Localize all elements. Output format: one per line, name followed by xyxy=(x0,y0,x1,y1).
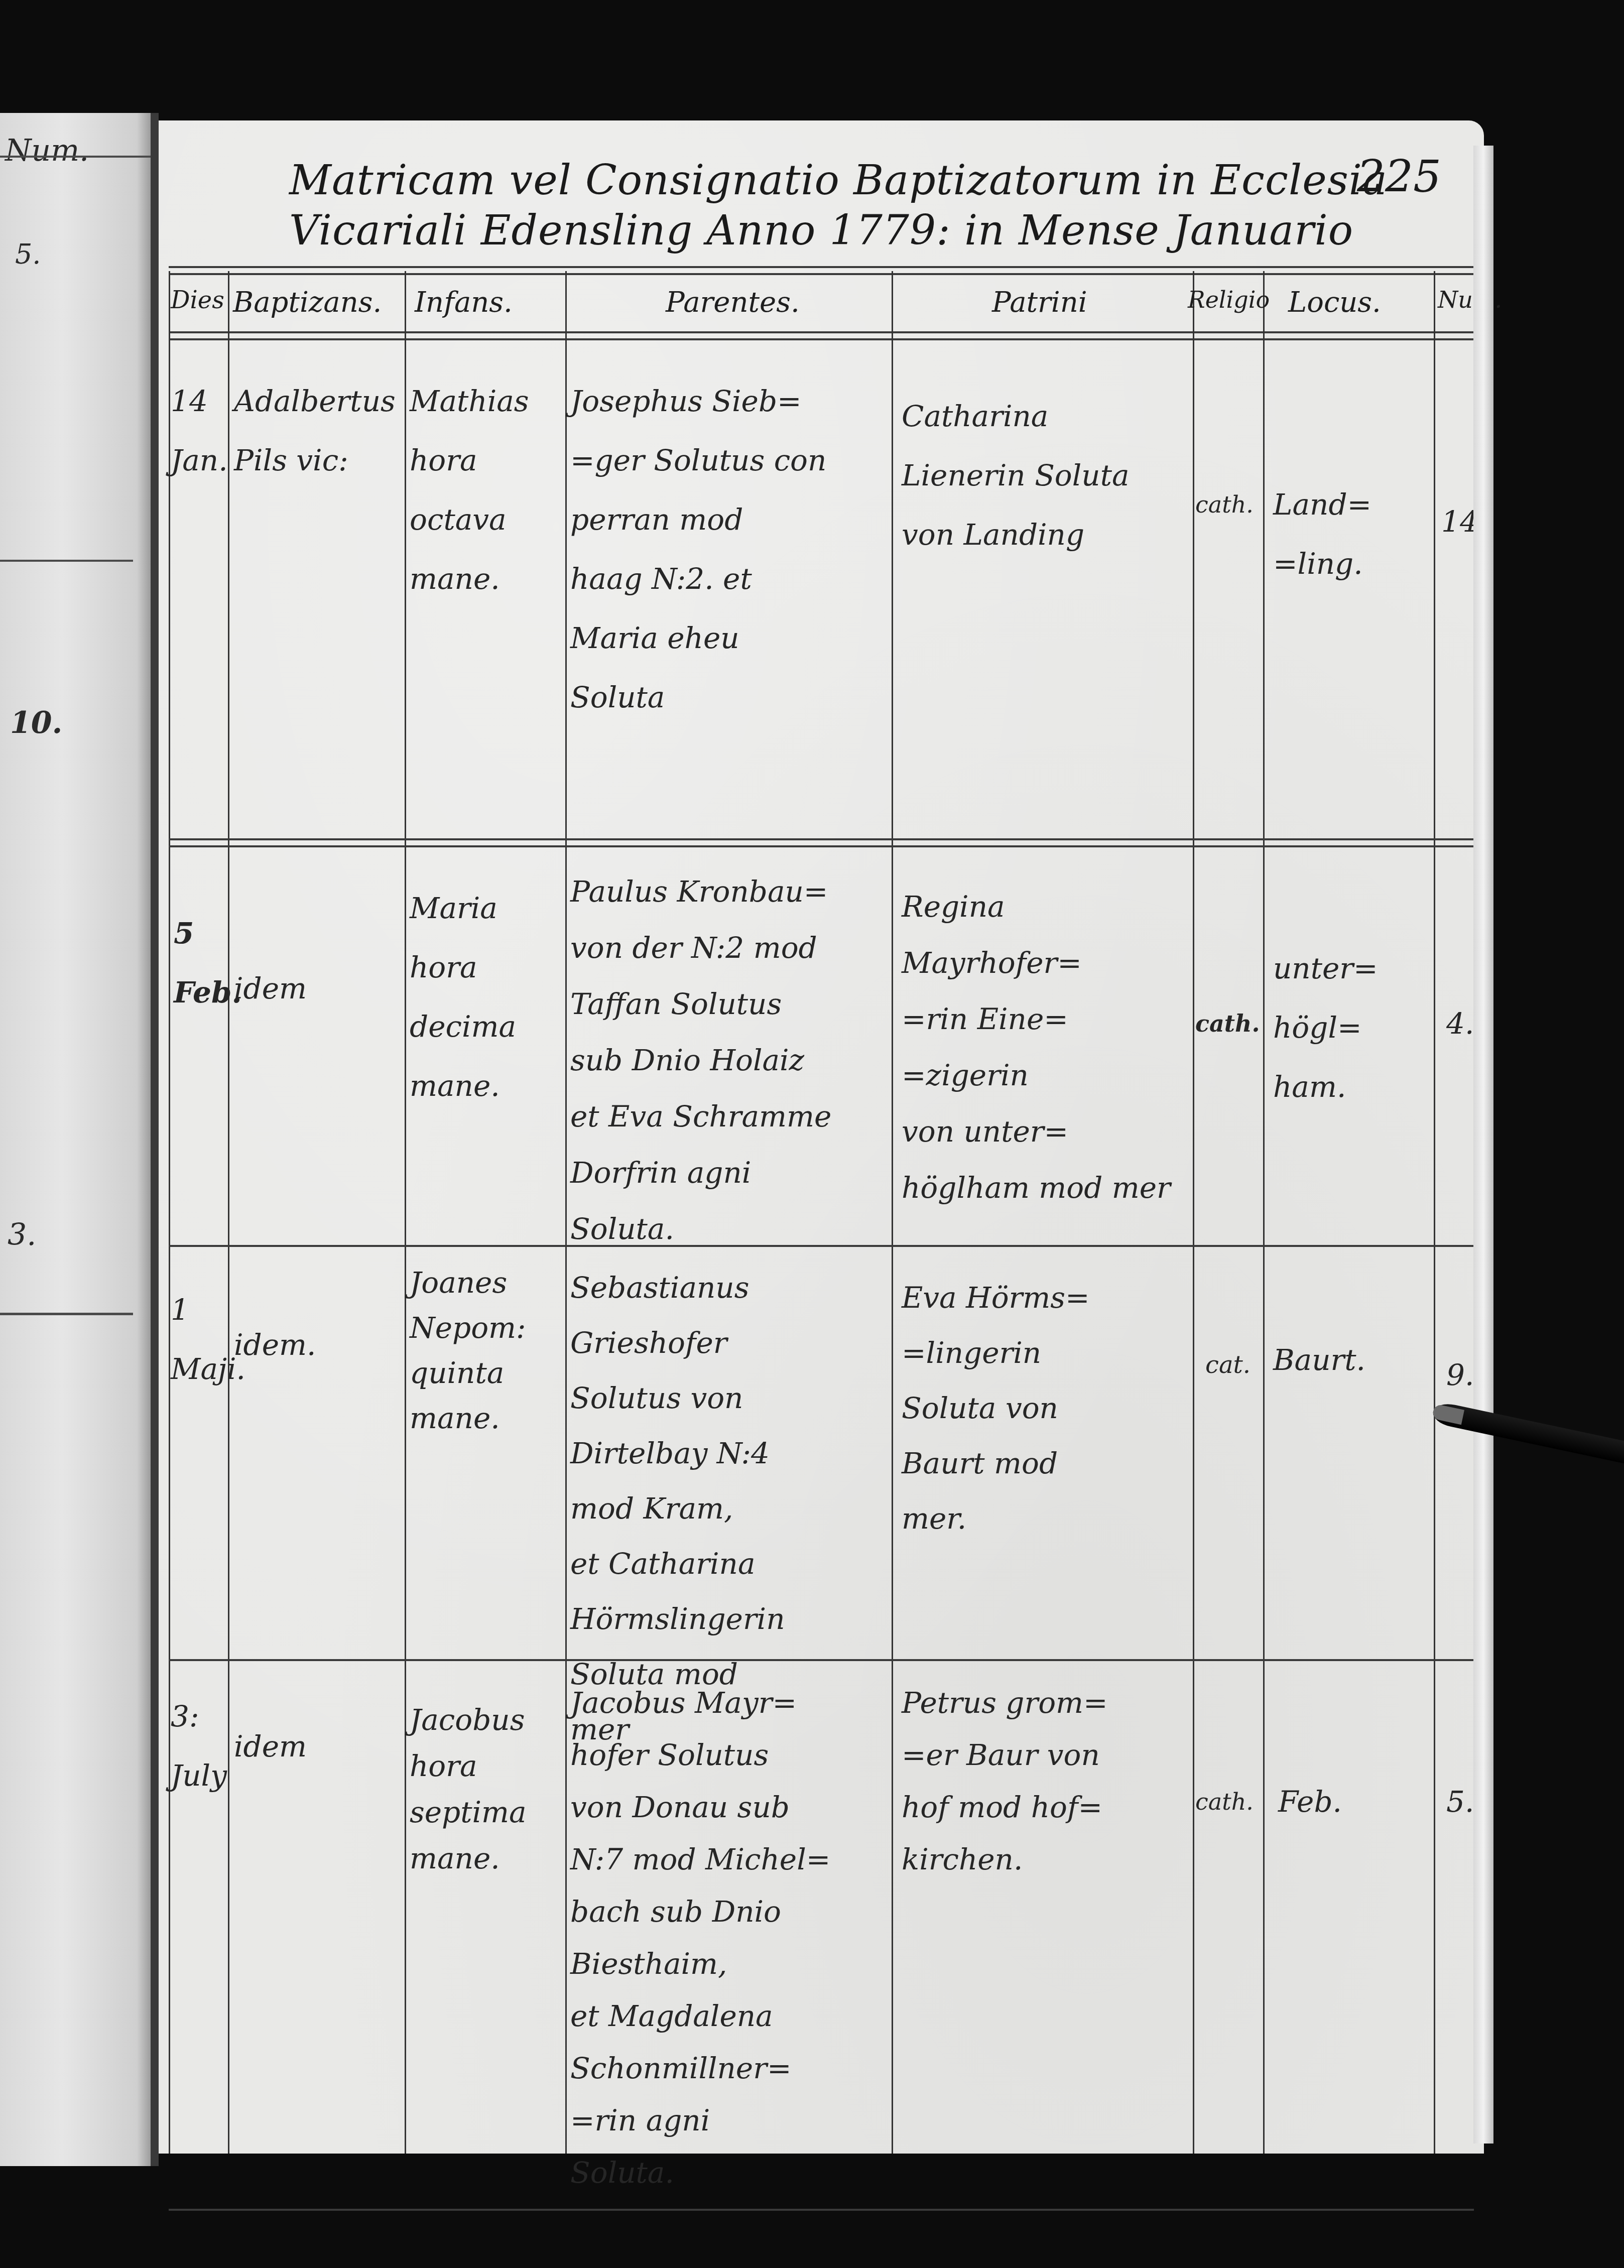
entry-numerus: 9. xyxy=(1446,1345,1474,1405)
entry-dies: 3: July xyxy=(171,1687,227,1805)
entry-infans: Jacobus hora septima mane. xyxy=(410,1697,527,1881)
header-bottom-rule xyxy=(169,331,1474,333)
entry-separator-rule xyxy=(169,1659,1474,1661)
entry-patrini: Petrus grom= =er Baur von hof mod hof= k… xyxy=(902,1677,1108,1885)
entry-numerus: 5. xyxy=(1446,1772,1474,1831)
entry-baptizans: idem. xyxy=(234,1315,316,1374)
entry-patrini: Catharina Lienerin Soluta von Landing xyxy=(902,387,1130,564)
entry-baptizans: Adalbertus Pils vic: xyxy=(234,371,396,490)
column-header-religio: Religio xyxy=(1188,286,1270,313)
entry-separator-rule xyxy=(169,2209,1474,2211)
register-entry: 5 Feb. idem Maria hora decima mane. Paul… xyxy=(169,863,1474,1265)
entry-dies: 5 Feb. xyxy=(174,904,242,1022)
entry-locus: Feb. xyxy=(1278,1772,1342,1831)
entry-parentes: Jacobus Mayr= hofer Solutus von Donau su… xyxy=(570,1677,830,2199)
entry-separator-rule xyxy=(169,1245,1474,1247)
book-gutter xyxy=(151,113,159,2166)
entry-infans: Joanes Nepom: quinta mane. xyxy=(410,1260,526,1441)
previous-page-rule-2 xyxy=(0,1313,133,1315)
column-header-locus: Locus. xyxy=(1288,286,1381,319)
entry-baptizans: idem xyxy=(234,959,307,1018)
entry-religio: cath. xyxy=(1195,475,1254,534)
entry-religio: cat. xyxy=(1205,1335,1251,1395)
entry-locus: Land= =ling. xyxy=(1273,475,1371,593)
register-entry: 14 Jan. Adalbertus Pils vic: Mathias hor… xyxy=(169,356,1474,808)
page-title-line-2: Vicariali Edensling Anno 1779: in Mense … xyxy=(289,206,1444,256)
header-top-rule xyxy=(169,266,1474,268)
previous-page-number-2: 10. xyxy=(10,705,62,740)
entry-infans: Mathias hora octava mane. xyxy=(410,371,529,608)
register-page: Matricam vel Consignatio Baptizatorum in… xyxy=(159,120,1484,2154)
entry-religio: cath. xyxy=(1195,1772,1254,1831)
entry-baptizans: idem xyxy=(234,1717,307,1776)
previous-page-header-rule xyxy=(0,156,151,158)
previous-page-number-1: 5. xyxy=(15,238,41,270)
previous-page-number-3: 3. xyxy=(8,1217,36,1252)
column-header-parentes: Parentes. xyxy=(666,286,800,319)
entry-patrini: Eva Hörms= =lingerin Soluta von Baurt mo… xyxy=(902,1270,1090,1546)
entry-locus: unter= högl= ham. xyxy=(1273,939,1378,1116)
column-header-dies: Dies xyxy=(171,286,224,314)
column-header-patrini: Patrini xyxy=(992,286,1087,319)
page-edge xyxy=(1473,146,1493,2144)
entry-separator-rule xyxy=(169,838,1474,840)
column-header-infans: Infans. xyxy=(415,286,513,319)
previous-page-rule xyxy=(0,560,133,562)
register-entry: 3: July idem Jacobus hora septima mane. … xyxy=(169,1677,1474,2229)
column-header-baptizans: Baptizans. xyxy=(233,286,382,319)
entry-infans: Maria hora decima mane. xyxy=(410,878,516,1115)
previous-page-strip: Num. 5. 10. 3. xyxy=(0,113,156,2166)
previous-page-header: Num. xyxy=(5,133,89,168)
page-title-line-1: Matricam vel Consignatio Baptizatorum in… xyxy=(289,156,1444,206)
entry-patrini: Regina Mayrhofer= =rin Eine= =zigerin vo… xyxy=(902,878,1171,1216)
entry-religio: cath. xyxy=(1195,994,1260,1053)
entry-parentes: Josephus Sieb= =ger Solutus con perran m… xyxy=(570,371,826,727)
baptism-register-table: Dies Baptizans. Infans. Parentes. Patrin… xyxy=(169,266,1474,2154)
entry-locus: Baurt. xyxy=(1273,1330,1365,1390)
page-title: Matricam vel Consignatio Baptizatorum in… xyxy=(289,156,1444,256)
entry-parentes: Paulus Kronbau= von der N:2 mod Taffan S… xyxy=(570,863,831,1257)
entry-dies: 14 Jan. xyxy=(171,371,228,490)
entry-numerus: 4. xyxy=(1446,994,1474,1053)
page-number: 225 xyxy=(1357,151,1441,202)
